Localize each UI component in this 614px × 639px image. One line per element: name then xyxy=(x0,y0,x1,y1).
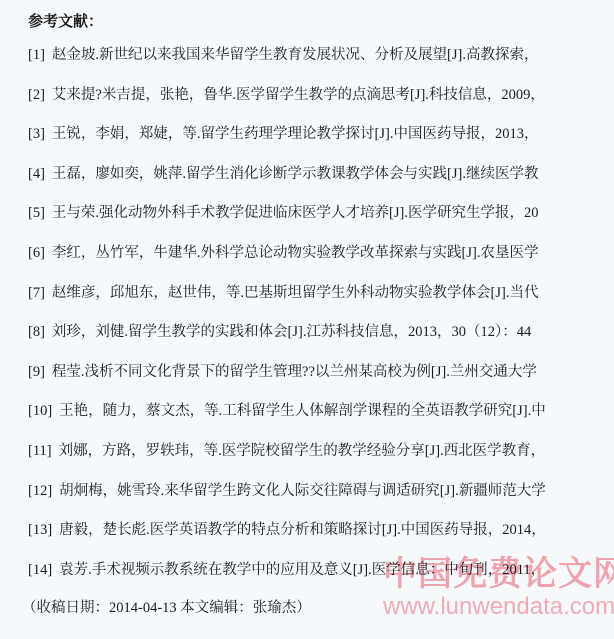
reference-text: 王与荣.强化动物外科手术教学促进临床医学人才培养[J].医学研究生学报，20 xyxy=(52,205,539,221)
reference-index: [7] xyxy=(28,285,45,301)
reference-text: 胡炯梅，姚雪玲.来华留学生跨文化人际交往障碍与调适研究[J].新疆师范大学 xyxy=(59,483,546,499)
reference-item: [12]胡炯梅，姚雪玲.来华留学生跨文化人际交往障碍与调适研究[J].新疆师范大… xyxy=(28,472,614,512)
reference-text: 袁芳.手术视频示教系统在教学中的应用及意义[J].医学信息：中旬刊，2011， xyxy=(59,562,545,578)
reference-index: [9] xyxy=(28,364,45,380)
received-date-editor-note: （收稿日期：2014-04-13 本文编辑：张瑜杰） xyxy=(22,596,311,617)
references-heading: 参考文献： xyxy=(28,10,103,31)
watermark-url: www.lunwendata.com xyxy=(383,593,614,621)
reference-index: [5] xyxy=(28,205,45,221)
reference-text: 李红，丛竹军，牛建华.外科学总论动物实验教学改革探索与实践[J].农垦医学 xyxy=(52,245,539,261)
reference-index: [1] xyxy=(28,47,45,63)
reference-item: [13]唐毅，楚长彪.医学英语教学的特点分析和策略探讨[J].中国医药导报，20… xyxy=(28,511,614,551)
reference-index: [8] xyxy=(28,324,45,340)
reference-item: [10]王艳，随力，蔡文杰，等.工科留学生人体解剖学课程的全英语教学研究[J].… xyxy=(28,392,614,432)
reference-index: [3] xyxy=(28,126,45,142)
reference-text: 赵维彦，邱旭东，赵世伟，等.巴基斯坦留学生外科动物实验教学体会[J].当代 xyxy=(52,285,539,301)
reference-item: [1]赵金坡.新世纪以来我国来华留学生教育发展状况、分析及展望[J].高教探索， xyxy=(28,36,614,76)
reference-index: [11] xyxy=(28,443,52,459)
reference-item: [5]王与荣.强化动物外科手术教学促进临床医学人才培养[J].医学研究生学报，2… xyxy=(28,194,614,234)
reference-item: [9]程莹.浅析不同文化背景下的留学生管理??以兰州某高校为例[J].兰州交通大… xyxy=(28,353,614,393)
reference-item: [4]王磊，廖如奕，姚萍.留学生消化诊断学示教课教学体会与实践[J].继续医学教 xyxy=(28,155,614,195)
reference-index: [13] xyxy=(28,522,52,538)
reference-index: [6] xyxy=(28,245,45,261)
reference-item: [14]袁芳.手术视频示教系统在教学中的应用及意义[J].医学信息：中旬刊，20… xyxy=(28,551,614,591)
reference-text: 艾来提?米吉提，张艳，鲁华.医学留学生教学的点滴思考[J].科技信息，2009， xyxy=(52,87,545,103)
reference-item: [11]刘娜，方路，罗轶玮，等.医学院校留学生的教学经验分享[J].西北医学教育… xyxy=(28,432,614,472)
reference-text: 王磊，廖如奕，姚萍.留学生消化诊断学示教课教学体会与实践[J].继续医学教 xyxy=(52,166,539,182)
reference-index: [10] xyxy=(28,403,52,419)
reference-item: [3]王锐，李娟，郑婕，等.留学生药理学理论教学探讨[J].中国医药导报，201… xyxy=(28,115,614,155)
reference-index: [12] xyxy=(28,483,52,499)
reference-index: [4] xyxy=(28,166,45,182)
reference-text: 王艳，随力，蔡文杰，等.工科留学生人体解剖学课程的全英语教学研究[J].中 xyxy=(59,403,546,419)
reference-index: [2] xyxy=(28,87,45,103)
reference-text: 程莹.浅析不同文化背景下的留学生管理??以兰州某高校为例[J].兰州交通大学 xyxy=(52,364,537,380)
reference-item: [2]艾来提?米吉提，张艳，鲁华.医学留学生教学的点滴思考[J].科技信息，20… xyxy=(28,76,614,116)
references-page: 参考文献： [1]赵金坡.新世纪以来我国来华留学生教育发展状况、分析及展望[J]… xyxy=(0,0,614,639)
reference-text: 刘娜，方路，罗轶玮，等.医学院校留学生的教学经验分享[J].西北医学教育， xyxy=(59,443,546,459)
reference-item: [7]赵维彦，邱旭东，赵世伟，等.巴基斯坦留学生外科动物实验教学体会[J].当代 xyxy=(28,274,614,314)
reference-text: 唐毅，楚长彪.医学英语教学的特点分析和策略探讨[J].中国医药导报，2014， xyxy=(59,522,546,538)
reference-item: [8]刘珍，刘健.留学生教学的实践和体会[J].江苏科技信息，2013，30（1… xyxy=(28,313,614,353)
reference-text: 赵金坡.新世纪以来我国来华留学生教育发展状况、分析及展望[J].高教探索， xyxy=(52,47,539,63)
reference-list: [1]赵金坡.新世纪以来我国来华留学生教育发展状况、分析及展望[J].高教探索，… xyxy=(28,36,614,590)
reference-text: 王锐，李娟，郑婕，等.留学生药理学理论教学探讨[J].中国医药导报，2013， xyxy=(52,126,539,142)
reference-item: [6]李红，丛竹军，牛建华.外科学总论动物实验教学改革探索与实践[J].农垦医学 xyxy=(28,234,614,274)
reference-index: [14] xyxy=(28,562,52,578)
reference-text: 刘珍，刘健.留学生教学的实践和体会[J].江苏科技信息，2013，30（12）：… xyxy=(52,324,531,340)
